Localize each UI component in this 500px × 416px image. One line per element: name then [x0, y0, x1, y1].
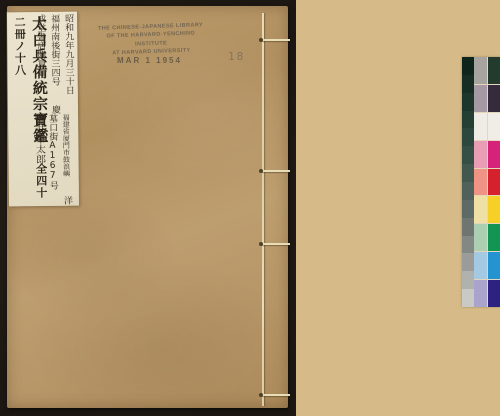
binding-stitch	[262, 394, 290, 396]
binding-stitch	[262, 39, 290, 41]
owner-region: 福建省厦門市鼓浪嶼	[62, 114, 71, 177]
color-patch-vivid	[488, 85, 500, 112]
binding-stitch	[262, 170, 290, 172]
color-patch-vivid	[488, 141, 500, 168]
grayscale-step	[462, 253, 474, 271]
book-scan-canvas: 太白兵備統宗寶鑑 全四十二冊ノ十八 昭和九年九月三十日 福州南後街三四号 慶成堂…	[0, 0, 500, 416]
color-patch-light	[474, 224, 487, 251]
color-patch-light	[474, 57, 487, 84]
color-patch-light	[474, 280, 487, 307]
color-patch-light	[474, 169, 487, 196]
color-patch-vivid	[488, 196, 500, 223]
grayscale-step	[462, 271, 474, 289]
color-patch-light	[474, 113, 487, 140]
stitch-hole	[259, 393, 263, 397]
color-patch-vivid	[488, 169, 500, 196]
stitch-hole	[259, 242, 263, 246]
grayscale-step	[462, 75, 474, 93]
purchase-address: 福州南後街三四号	[49, 14, 60, 86]
color-patch-vivid	[488, 224, 500, 251]
stitch-hole	[259, 169, 263, 173]
purchase-note: 昭和九年九月三十日 福州南後街三四号 慶成堂書店購買	[33, 14, 76, 118]
color-patch-light	[474, 85, 487, 112]
color-patch-light	[474, 141, 487, 168]
grayscale-step	[462, 146, 474, 164]
color-patch-vivid	[488, 252, 500, 279]
binding-stitch	[262, 243, 290, 245]
color-patch-light	[474, 252, 487, 279]
owner-note: 福建省厦門市鼓浪嶼 洋墓口街A167号 酒井市太郎	[32, 114, 74, 206]
color-patch-vivid	[488, 280, 500, 307]
accession-date-stamp: MAR 1 1954	[117, 56, 182, 65]
grayscale-step	[462, 128, 474, 146]
grayscale-step	[462, 236, 474, 254]
book-cover: 太白兵備統宗寶鑑 全四十二冊ノ十八 昭和九年九月三十日 福州南後街三四号 慶成堂…	[7, 6, 288, 408]
purchase-date: 昭和九年九月三十日	[63, 14, 74, 95]
grayscale-step	[462, 57, 474, 75]
photo-backdrop: 太白兵備統宗寶鑑 全四十二冊ノ十八 昭和九年九月三十日 福州南後街三四号 慶成堂…	[0, 0, 296, 416]
color-patch-light	[474, 196, 487, 223]
title-label: 太白兵備統宗寶鑑 全四十二冊ノ十八 昭和九年九月三十日 福州南後街三四号 慶成堂…	[7, 12, 79, 207]
library-stamp: THE CHINESE-JAPANESE LIBRARY OF THE HARV…	[92, 21, 209, 58]
grayscale-step	[462, 164, 474, 182]
grayscale-step	[462, 111, 474, 129]
volume-number-pencil: 18	[228, 50, 245, 63]
grayscale-step	[462, 182, 474, 200]
owner-name: 酒井市太郎	[33, 114, 45, 164]
grayscale-step	[462, 218, 474, 236]
color-calibration-bar	[462, 57, 500, 307]
grayscale-step	[462, 93, 474, 111]
grayscale-step	[462, 200, 474, 218]
stitch-hole	[259, 38, 263, 42]
color-patch-vivid	[488, 57, 500, 84]
grayscale-strip	[462, 57, 474, 307]
grayscale-step	[462, 289, 474, 307]
patch-grid	[474, 57, 500, 307]
color-patch-vivid	[488, 113, 500, 140]
binding-thread-vertical	[262, 13, 264, 406]
